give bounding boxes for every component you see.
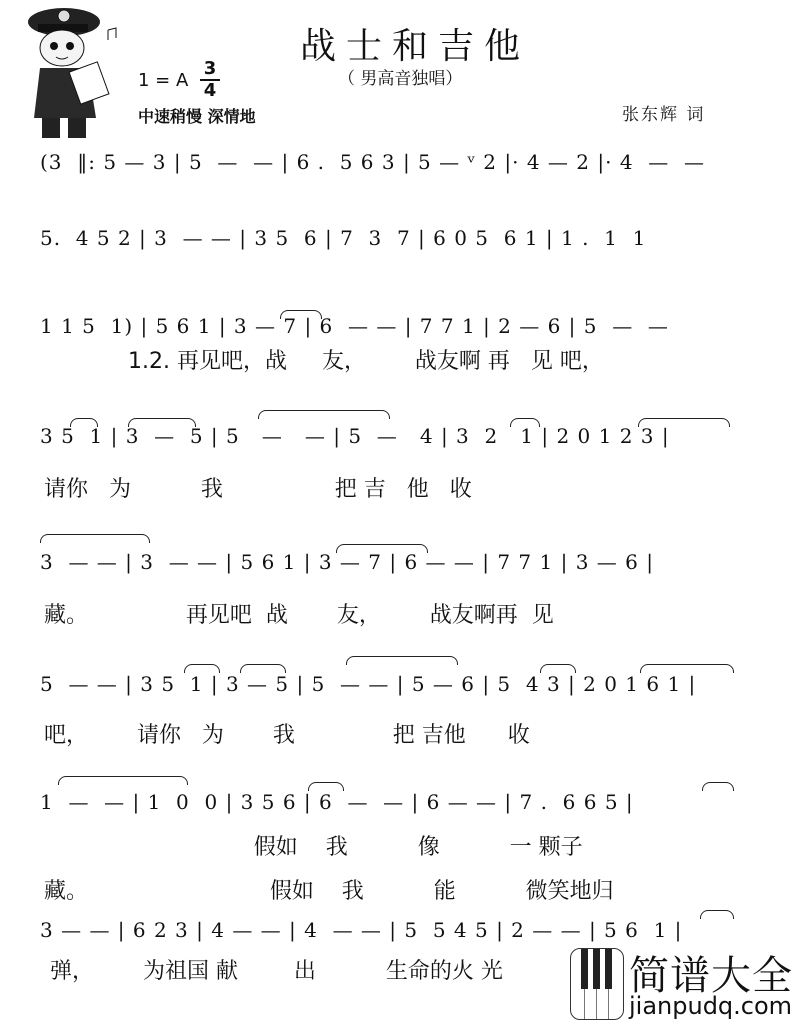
score-row-1: (3 ‖: 5 — 3 | 5 — — | 6 . 5 6 3 | 5 — ᵛ … — [40, 150, 750, 190]
score-row-6: 5 — — | 3 5 1 | 3 — 5 | 5 — — | 5 — 6 | … — [40, 672, 750, 712]
score-row-4: 3 5 1 | 3 — 5 | 5 — — | 5 — 4 | 3 2 1 | … — [40, 424, 750, 464]
lyric-line-verse-1: 假如 我 像 一 颗子 — [44, 830, 583, 861]
slur — [40, 534, 150, 543]
lyric-line: 弹， 为祖国 献 出 生命的火 光 — [50, 954, 503, 985]
slur — [700, 910, 734, 919]
lyric-line: 1.2. 再见吧，战 友， 战友啊 再 见 吧， — [128, 344, 604, 375]
slur — [258, 410, 390, 419]
slur — [640, 664, 734, 673]
notation: 5 — — | 3 5 1 | 3 — 5 | 5 — — | 5 — 6 | … — [40, 672, 696, 696]
time-signature-bottom: 4 — [200, 82, 220, 100]
notation: 5. 4 5 2 | 3 — — | 3 5 6 | 7 3 7 | 6 0 5… — [40, 226, 646, 250]
notation: 3 — — | 6 2 3 | 4 — — | 4 — — | 5 5 4 5 … — [40, 918, 682, 942]
song-subtitle: （ 男高音独唱） — [338, 64, 462, 89]
key-signature: 1 = A — [138, 70, 188, 91]
tempo-marking: 中速稍慢 深情地 — [138, 104, 256, 127]
piano-keys-icon — [570, 948, 624, 1020]
slur — [540, 664, 576, 673]
slur — [184, 664, 220, 673]
time-signature-top: 3 — [200, 60, 220, 78]
notation: 1 1 5 1) | 5 6 1 | 3 — 7 | 6 — — | 7 7 1… — [40, 314, 669, 338]
lyric-line: 请你 为 我 把 吉 他 收 — [44, 472, 472, 503]
time-signature: 3 4 — [200, 60, 220, 100]
score-row-5: 3 — — | 3 — — | 5 6 1 | 3 — 7 | 6 — — | … — [40, 550, 750, 590]
slur — [336, 544, 428, 553]
watermark-url: jianpudq.com — [629, 992, 792, 1020]
score-row-2: 5. 4 5 2 | 3 — — | 3 5 6 | 7 3 7 | 6 0 5… — [40, 226, 750, 266]
notation: 3 — — | 3 — — | 5 6 1 | 3 — 7 | 6 — — | … — [40, 550, 654, 574]
slur — [308, 782, 344, 791]
score-row-3: 1 1 5 1) | 5 6 1 | 3 — 7 | 6 — — | 7 7 1… — [40, 314, 750, 354]
slur — [510, 418, 540, 427]
lyric-line-verse-2: 藏。 假如 我 能 微笑地归 — [44, 874, 614, 905]
song-title: 战士和吉他 — [300, 18, 530, 69]
lyric-line: 藏。 再见吧 战 友， 战友啊再 见 — [44, 598, 554, 629]
slur — [702, 782, 734, 791]
slur — [240, 664, 286, 673]
slur — [70, 418, 98, 427]
soldier-mascot-illustration — [12, 0, 127, 140]
site-watermark: 简谱大全 jianpudq.com — [565, 940, 792, 1024]
lyricist-credit: 张东辉 词 — [622, 100, 705, 125]
score-row-7: 1 — — | 1 0 0 | 3 5 6 | 6 — — | 6 — — | … — [40, 790, 750, 830]
notation: (3 ‖: 5 — 3 | 5 — — | 6 . 5 6 3 | 5 — ᵛ … — [40, 150, 705, 174]
slur — [128, 418, 196, 427]
lyric-line: 吧， 请你 为 我 把 吉他 收 — [44, 718, 530, 749]
slur — [346, 656, 458, 665]
notation: 3 5 1 | 3 — 5 | 5 — — | 5 — 4 | 3 2 1 | … — [40, 424, 670, 448]
slur — [638, 418, 730, 427]
slur — [280, 310, 322, 319]
slur — [58, 776, 188, 785]
notation: 1 — — | 1 0 0 | 3 5 6 | 6 — — | 6 — — | … — [40, 790, 634, 814]
